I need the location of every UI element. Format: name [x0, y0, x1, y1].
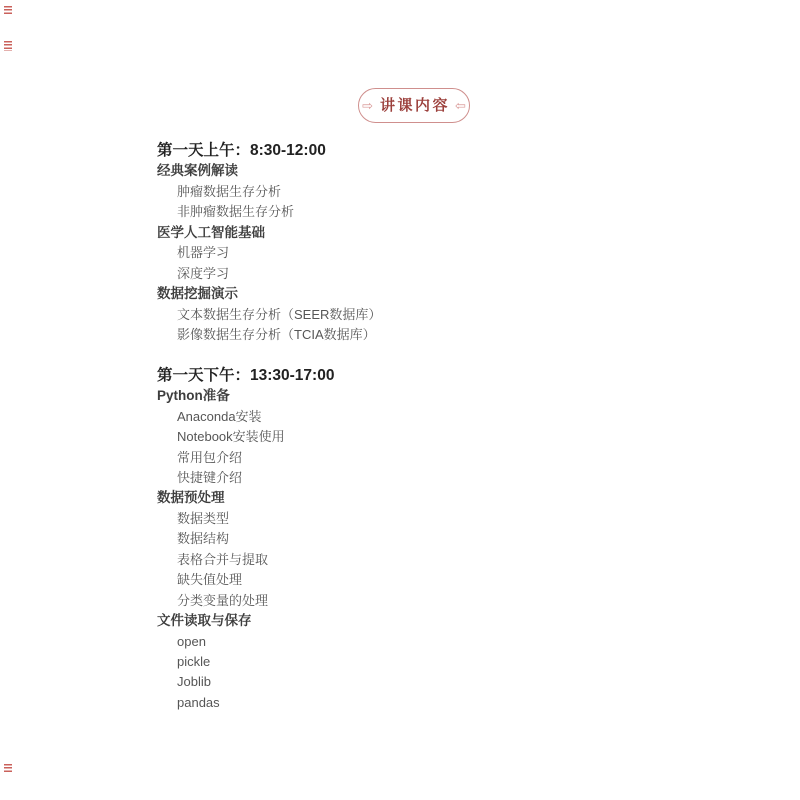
list-item: Notebook安装使用: [157, 427, 381, 447]
section-gap: [157, 345, 381, 365]
list-item: 常用包介绍: [157, 448, 381, 468]
list-item: 非肿瘤数据生存分析: [157, 202, 381, 222]
group-heading: 经典案例解读: [157, 161, 381, 181]
group-heading: 数据挖掘演示: [157, 284, 381, 304]
arrow-right-icon: ⇨: [362, 99, 373, 112]
seal-mark-icon: [4, 41, 12, 51]
badge-title: 讲课内容: [378, 98, 450, 113]
list-item: open: [157, 632, 381, 652]
list-item: 机器学习: [157, 243, 381, 263]
list-item: 分类变量的处理: [157, 591, 381, 611]
seal-mark-icon: [4, 6, 12, 15]
list-item: 肿瘤数据生存分析: [157, 182, 381, 202]
list-item: 影像数据生存分析（TCIA数据库）: [157, 325, 381, 345]
arrow-left-icon: ⇦: [455, 99, 466, 112]
list-item: pickle: [157, 652, 381, 672]
course-outline: 第一天上午：8:30-12:00 经典案例解读 肿瘤数据生存分析 非肿瘤数据生存…: [157, 141, 381, 713]
section-title-afternoon: 第一天下午：13:30-17:00: [157, 366, 381, 386]
section-title-morning: 第一天上午：8:30-12:00: [157, 141, 381, 161]
group-heading: 数据预处理: [157, 488, 381, 508]
list-item: pandas: [157, 693, 381, 713]
list-item: 表格合并与提取: [157, 550, 381, 570]
list-item: 缺失值处理: [157, 570, 381, 590]
group-heading: Python准备: [157, 386, 381, 406]
list-item: 数据结构: [157, 529, 381, 549]
list-item: 数据类型: [157, 509, 381, 529]
list-item: 快捷键介绍: [157, 468, 381, 488]
list-item: 深度学习: [157, 264, 381, 284]
list-item: Joblib: [157, 672, 381, 692]
list-item: 文本数据生存分析（SEER数据库）: [157, 305, 381, 325]
lecture-content-badge: ⇨ 讲课内容 ⇦: [358, 88, 470, 123]
seal-mark-icon: [4, 764, 12, 773]
list-item: Anaconda安装: [157, 407, 381, 427]
group-heading: 文件读取与保存: [157, 611, 381, 631]
page: { "badge": { "label": "讲课内容", "left_arro…: [0, 0, 800, 800]
group-heading: 医学人工智能基础: [157, 223, 381, 243]
